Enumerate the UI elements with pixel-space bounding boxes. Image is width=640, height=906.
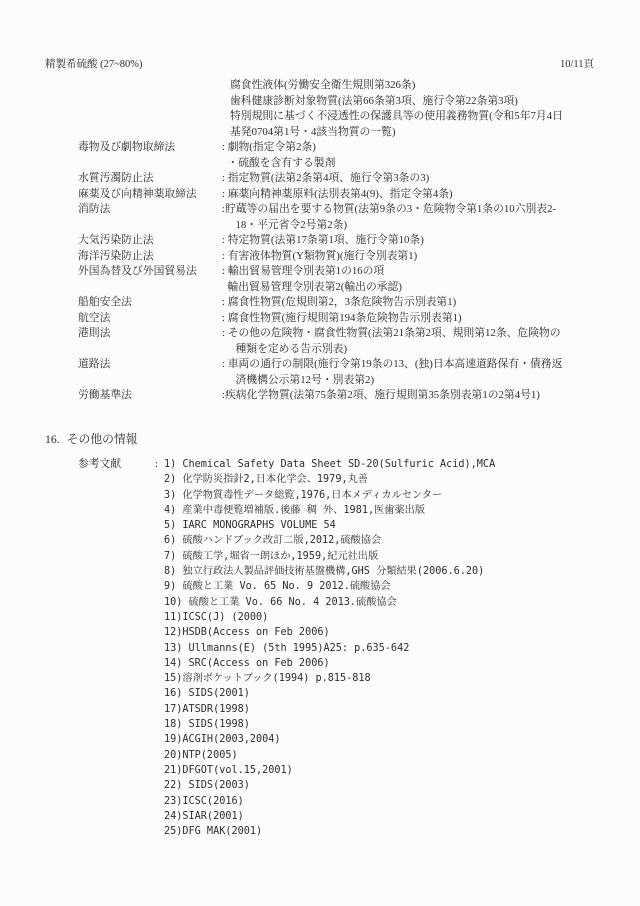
- regulation-law-name: 航空法: [78, 311, 222, 327]
- regulation-law-name: 海洋汚染防止法: [78, 249, 222, 265]
- reference-item: 16) SIDS(2001): [164, 686, 610, 701]
- reference-item: 23)ICSC(2016): [164, 794, 610, 809]
- section-number: 16.: [45, 432, 60, 446]
- regulation-row: 港則法 : その他の危険物・腐食性物質(法第21条第2項、規則第12条、危険物の…: [78, 326, 600, 357]
- section-title-text: その他の情報: [67, 432, 138, 446]
- regulation-law-name: 外国為替及び外国貿易法: [78, 264, 222, 280]
- regulation-law-value: : 有害液体物質(Y類物質)(施行令別表第1): [222, 249, 600, 265]
- reference-item: 18) SIDS(1998): [164, 717, 610, 732]
- reference-item: 3) 化学物質毒性データ総覧,1976,日本メディカルセンター: [164, 488, 610, 503]
- reference-item: 25)DFG MAK(2001): [164, 824, 610, 839]
- reference-item: 9) 硫酸と工業 Vo. 65 No. 9 2012.硫酸協会: [164, 579, 610, 594]
- regulation-law-name: 大気汚染防止法: [78, 233, 222, 249]
- regulation-row: 麻薬及び向精神薬取締法 : 麻薬向精神薬原料(法別表第4(9)、指定令第4条): [78, 187, 600, 203]
- reference-item: 19)ACGIH(2003,2004): [164, 732, 610, 747]
- regulation-law-value: :貯蔵等の届出を要する物質(法第9条の3・危険物令第1条の10六別表2- 18・…: [222, 202, 600, 233]
- regulation-continuation-lines: 腐食性液体(労働安全衛生規則第326条) 歯科健康診断対象物質(法第66条第3項…: [230, 78, 600, 140]
- page-number: 10/11頁: [560, 58, 594, 72]
- references-label: 参考文献: [78, 457, 155, 472]
- references-colon: :: [155, 457, 164, 472]
- reference-item: 2) 化学防災指針2,日本化学会、1979,丸善: [164, 472, 610, 487]
- regulation-row: 道路法 : 車両の通行の制限(施行令第19条の13、(独)日本高速道路保有・債務…: [78, 357, 600, 388]
- reference-item: 1) Chemical Safety Data Sheet SD-20(Sulf…: [164, 457, 610, 472]
- reference-item: 12)HSDB(Access on Feb 2006): [164, 625, 610, 640]
- regulation-row: 毒物及び劇物取締法 : 劇物(指定令第2条) ・硫酸を含有する製剤: [78, 140, 600, 171]
- regulation-law-name: 毒物及び劇物取締法: [78, 140, 222, 156]
- reference-item: 4) 産業中毒便覧増補版.後藤 稠 外、1981,医歯薬出版: [164, 503, 610, 518]
- regulation-law-name: 消防法: [78, 202, 222, 218]
- regulation-law-value: : 特定物質(法第17条第1項、施行令第10条): [222, 233, 600, 249]
- regulation-law-name: 船舶安全法: [78, 295, 222, 311]
- regulation-row: 消防法 :貯蔵等の届出を要する物質(法第9条の3・危険物令第1条の10六別表2-…: [78, 202, 600, 233]
- regulation-row: 航空法 : 腐食性物質(施行規則第194条危険物告示別表第1): [78, 311, 600, 327]
- reference-item: 7) 硫酸工学,堀省一朗ほか,1959,紀元社出版: [164, 549, 610, 564]
- regulation-law-value: : 指定物質(法第2条第4項、施行令第3条の3): [222, 171, 600, 187]
- regulation-law-value: : 腐食性物質(施行規則第194条危険物告示別表第1): [222, 311, 600, 327]
- regulation-row: 外国為替及び外国貿易法 : 輸出貿易管理令別表第1の16の項 輸出貿易管理令別表…: [78, 264, 600, 295]
- reference-item: 6) 硫酸ハンドブック改訂二版,2012,硫酸協会: [164, 533, 610, 548]
- document-page: 精製希硫酸 (27~80%) 10/11頁 腐食性液体(労働安全衛生規則第326…: [0, 0, 640, 906]
- reference-item: 17)ATSDR(1998): [164, 702, 610, 717]
- reference-item: 20)NTP(2005): [164, 748, 610, 763]
- regulation-law-value: : 腐食性物質(危規則第2，3条危険物告示別表第1): [222, 295, 600, 311]
- page-header: 精製希硫酸 (27~80%) 10/11頁: [45, 58, 594, 72]
- regulation-law-value: : 劇物(指定令第2条) ・硫酸を含有する製剤: [222, 140, 600, 171]
- regulation-row: 船舶安全法 : 腐食性物質(危規則第2，3条危険物告示別表第1): [78, 295, 600, 311]
- reference-item: 11)ICSC(J) (2000): [164, 610, 610, 625]
- references-block: 参考文献 : 1) Chemical Safety Data Sheet SD-…: [78, 457, 610, 839]
- regulation-row: 水質汚濁防止法 : 指定物質(法第2条第4項、施行令第3条の3): [78, 171, 600, 187]
- regulation-law-name: 水質汚濁防止法: [78, 171, 222, 187]
- product-name: 精製希硫酸 (27~80%): [45, 58, 143, 72]
- regulation-law-value: :疾病化学物質(法第75条第2項、施行規則第35条別表第1の2第4号1): [222, 388, 600, 404]
- regulation-law-value: : その他の危険物・腐食性物質(法第21条第2項、規則第12条、危険物の 種類を…: [222, 326, 600, 357]
- regulation-law-value: : 麻薬向精神薬原料(法別表第4(9)、指定令第4条): [222, 187, 600, 203]
- regulation-law-name: 港則法: [78, 326, 222, 342]
- regulation-law-name: 麻薬及び向精神薬取締法: [78, 187, 222, 203]
- reference-item: 22) SIDS(2003): [164, 778, 610, 793]
- reference-item: 24)SIAR(2001): [164, 809, 610, 824]
- regulation-law-name: 道路法: [78, 357, 222, 373]
- reference-item: 14) SRC(Access on Feb 2006): [164, 656, 610, 671]
- reference-item: 8) 独立行政法人製品評価技術基盤機構,GHS 分類結果(2006.6.20): [164, 564, 610, 579]
- regulation-row: 労働基準法 :疾病化学物質(法第75条第2項、施行規則第35条別表第1の2第4号…: [78, 388, 600, 404]
- regulation-law-value: : 輸出貿易管理令別表第1の16の項 輸出貿易管理令別表第2(輸出の承認): [222, 264, 600, 295]
- regulations-table: 毒物及び劇物取締法 : 劇物(指定令第2条) ・硫酸を含有する製剤 水質汚濁防止…: [78, 140, 600, 404]
- regulation-law-value: : 車両の通行の制限(施行令第19条の13、(独)日本高速道路保有・債務返 済機…: [222, 357, 600, 388]
- reference-item: 5) IARC MONOGRAPHS VOLUME 54: [164, 518, 610, 533]
- regulation-row: 海洋汚染防止法 : 有害液体物質(Y類物質)(施行令別表第1): [78, 249, 600, 265]
- references-list: 1) Chemical Safety Data Sheet SD-20(Sulf…: [164, 457, 610, 839]
- reference-item: 13) Ullmanns(E) (5th 1995)A25: p.635-642: [164, 641, 610, 656]
- reference-item: 21)DFGOT(vol.15,2001): [164, 763, 610, 778]
- section-title-other-info: 16.その他の情報: [45, 430, 138, 447]
- reference-item: 15)溶剤ポケットブック(1994) p.815-818: [164, 671, 610, 686]
- reference-item: 10) 硫酸と工業 Vo. 66 No. 4 2013.硫酸協会: [164, 595, 610, 610]
- regulation-row: 大気汚染防止法 : 特定物質(法第17条第1項、施行令第10条): [78, 233, 600, 249]
- regulation-law-name: 労働基準法: [78, 388, 222, 404]
